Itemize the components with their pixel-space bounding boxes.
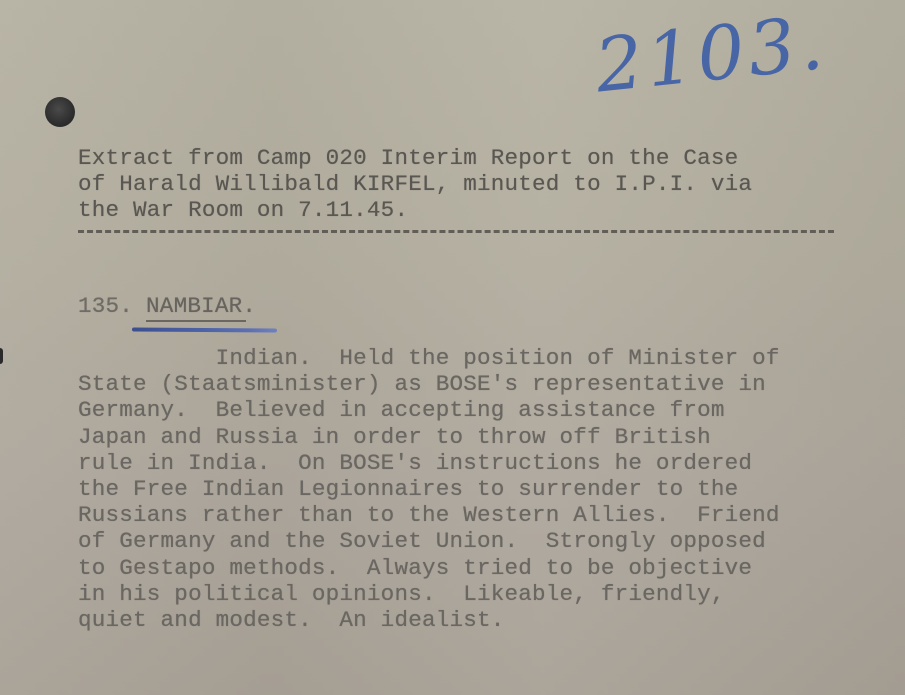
punch-hole: [45, 97, 75, 127]
document-header: Extract from Camp 020 Interim Report on …: [78, 145, 752, 224]
body-line: rule in India. On BOSE's instructions he…: [78, 450, 780, 476]
body-line: the Free Indian Legionnaires to surrende…: [78, 476, 780, 502]
body-line: State (Staatsminister) as BOSE's represe…: [78, 371, 780, 397]
section-body: Indian. Held the position of Minister of…: [78, 345, 780, 633]
body-line: to Gestapo methods. Always tried to be o…: [78, 555, 780, 581]
header-line: the War Room on 7.11.45.: [78, 197, 752, 223]
header-line: of Harald Willibald KIRFEL, minuted to I…: [78, 171, 752, 197]
body-line: Russians rather than to the Western Alli…: [78, 502, 780, 528]
section-heading: 135. NAMBIAR.: [78, 293, 256, 319]
section-name: NAMBIAR.: [146, 293, 256, 319]
section-name-wrapper: NAMBIAR.: [146, 293, 256, 319]
typed-underline: [146, 320, 246, 322]
header-line: Extract from Camp 020 Interim Report on …: [78, 145, 752, 171]
body-line: Indian. Held the position of Minister of: [78, 345, 780, 371]
body-line: Germany. Believed in accepting assistanc…: [78, 397, 780, 423]
handwritten-blue-underline: [132, 327, 277, 332]
handwritten-reference-number: 2103.: [592, 6, 830, 104]
body-line: quiet and modest. An idealist.: [78, 607, 780, 633]
edge-mark: [0, 348, 3, 364]
body-line: Japan and Russia in order to throw off B…: [78, 424, 780, 450]
section-number: 135.: [78, 293, 133, 319]
body-line: in his political opinions. Likeable, fri…: [78, 581, 780, 607]
dashed-separator: [78, 230, 834, 233]
body-line: of Germany and the Soviet Union. Strongl…: [78, 528, 780, 554]
